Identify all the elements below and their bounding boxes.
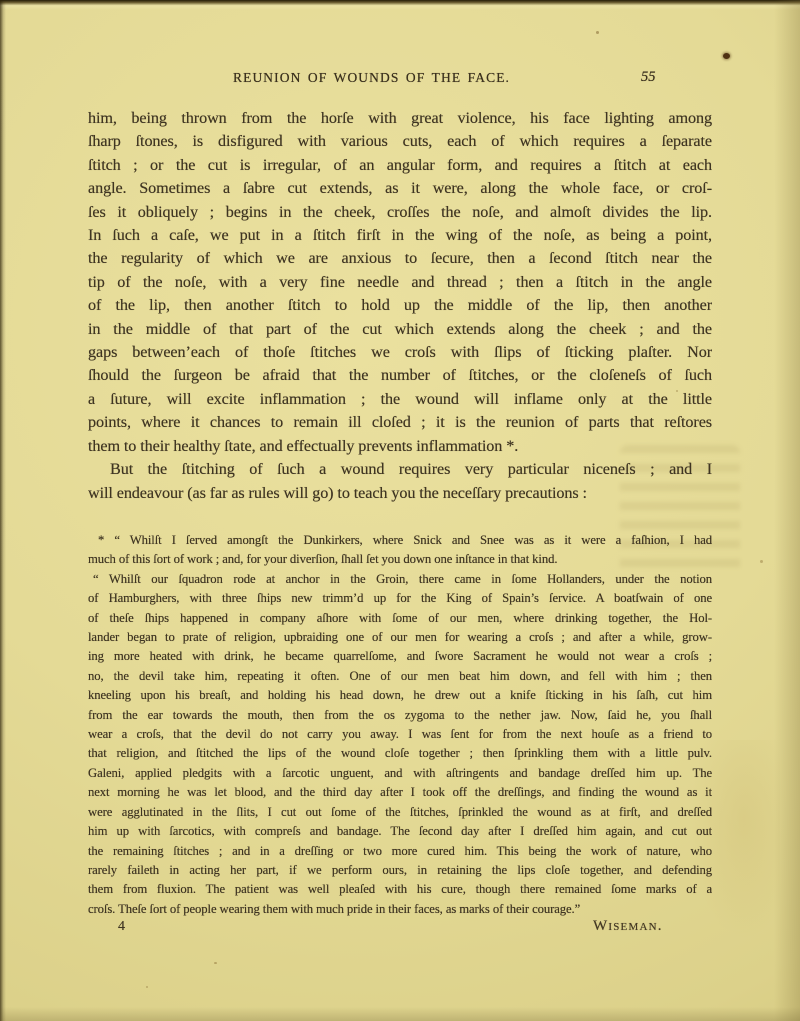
- text-line: of Hamburghers, with three ſhips new tri…: [88, 589, 712, 608]
- paper-fleck: [256, 146, 258, 148]
- paper-fleck: [214, 962, 217, 964]
- text-line: points, where it chances to remain ill c…: [88, 411, 712, 434]
- author-signature: Wiseman.: [593, 918, 663, 935]
- text-line: ſharp ſtones, is disfigured with various…: [88, 130, 712, 153]
- text-line: will endeavour (as far as rules will go)…: [88, 482, 712, 505]
- text-line: tip of the noſe, with a very fine needle…: [88, 271, 712, 294]
- text-line: the remaining ſtitches ; and in a dreſſi…: [88, 842, 712, 861]
- text-line: “ Whilſt our ſquadron rode at anchor in …: [88, 570, 712, 589]
- text-line: him up with ſarcotics, with compreſs and…: [88, 822, 712, 841]
- scan-edge-bottom: [0, 1007, 800, 1021]
- body-text: him, being thrown from the horſe with gr…: [88, 107, 712, 505]
- scan-edge-left: [0, 0, 6, 1021]
- text-line: ing more heated with drink, he became qu…: [88, 647, 712, 666]
- text-line: ſes it obliquely ; begins in the cheek, …: [88, 201, 712, 224]
- text-line: in the middle of that part of the cut wh…: [88, 318, 712, 341]
- body-paragraph: him, being thrown from the horſe with gr…: [88, 107, 712, 458]
- text-line: angle. Sometimes a ſabre cut extends, as…: [88, 177, 712, 200]
- gathering-signature-mark: 4: [118, 919, 125, 935]
- text-line: croſs. Theſe ſort of people wearing them…: [88, 900, 712, 919]
- text-line: ſhould the ſurgeon be afraid that the nu…: [88, 364, 712, 387]
- text-line: Galeni, applied pledgits with a ſarcotic…: [88, 764, 712, 783]
- text-line: of theſe ſhips happened in company aſhor…: [88, 609, 712, 628]
- text-line: no, the devil take him, repeating it oft…: [88, 667, 712, 686]
- text-line: But the ſtitching of ſuch a wound requir…: [88, 458, 712, 481]
- text-line: him, being thrown from the horſe with gr…: [88, 107, 712, 130]
- text-line: ſtitch ; or the cut is irregular, of an …: [88, 154, 712, 177]
- text-line: were agglutinated in the ſlits, I cut ou…: [88, 803, 712, 822]
- paper-fleck: [676, 390, 678, 392]
- paper-fleck: [146, 986, 148, 988]
- text-line: a ſuture, will excite inflammation ; the…: [88, 388, 712, 411]
- text-line: In ſuch a caſe, we put in a ſtitch firſt…: [88, 224, 712, 247]
- paper-fleck: [760, 560, 763, 563]
- text-line: much of this ſort of work ; and, for you…: [88, 550, 712, 569]
- text-line: that religion, and ſtitched the lips of …: [88, 744, 712, 763]
- footnote-paragraph: * “ Whilſt I ſerved amongſt the Dunkirke…: [88, 531, 712, 570]
- page-number: 55: [641, 69, 656, 86]
- text-line: next morning he was let blood, and the t…: [88, 783, 712, 802]
- footnote: * “ Whilſt I ſerved amongſt the Dunkirke…: [88, 531, 712, 919]
- text-line: the regularity of which we are anxious t…: [88, 247, 712, 270]
- text-line: of the lip, then another ſtitch to hold …: [88, 294, 712, 317]
- text-line: wear a croſs, that the devil do not carr…: [88, 725, 712, 744]
- text-line: them from fluxion. The patient was well …: [88, 880, 712, 899]
- book-page-scan: REUNION OF WOUNDS OF THE FACE. 55 him, b…: [0, 0, 800, 1021]
- signature-row: 4 Wiseman.: [88, 918, 712, 940]
- text-line: rarely faileth in acting her part, if we…: [88, 861, 712, 880]
- running-header: REUNION OF WOUNDS OF THE FACE.: [233, 70, 510, 86]
- scan-edge-top: [0, 0, 800, 10]
- text-line: from the ear towards the mouth, then fro…: [88, 706, 712, 725]
- footnote-paragraph: “ Whilſt our ſquadron rode at anchor in …: [88, 570, 712, 919]
- paper-fleck: [596, 31, 599, 34]
- text-line: * “ Whilſt I ſerved amongſt the Dunkirke…: [88, 531, 712, 550]
- text-line: gaps between’each of thoſe ſtitches we c…: [88, 341, 712, 364]
- ink-spot: [723, 53, 730, 59]
- text-line: kneeling upon his breaſt, and holding hi…: [88, 686, 712, 705]
- text-line: them to their healthy ſtate, and effectu…: [88, 435, 712, 458]
- body-paragraph: But the ſtitching of ſuch a wound requir…: [88, 458, 712, 505]
- text-line: lander began to prate of religion, upbra…: [88, 628, 712, 647]
